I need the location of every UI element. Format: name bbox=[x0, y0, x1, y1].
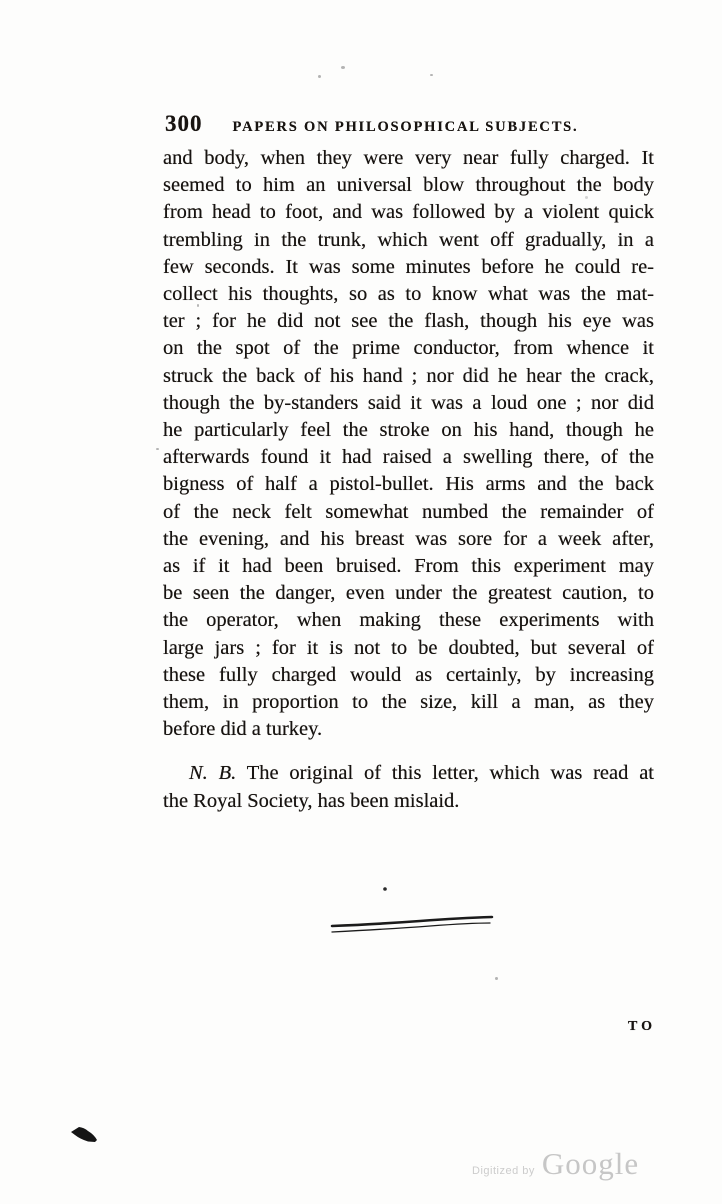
section-divider-rule bbox=[320, 882, 500, 938]
catchword: TO bbox=[628, 1019, 656, 1035]
text-line: before did a turkey. bbox=[163, 716, 654, 743]
text-line: N. B. The original of this letter, which… bbox=[163, 759, 654, 787]
running-title: PAPERS ON PHILOSOPHICAL SUBJECTS. bbox=[233, 119, 579, 136]
text-line: large jars ; for it is not to be doubted… bbox=[163, 635, 654, 662]
text-line: collect his thoughts, so as to know what… bbox=[163, 281, 654, 308]
text-line: of the neck felt somewhat numbed the rem… bbox=[163, 499, 654, 526]
scan-speck bbox=[495, 977, 498, 980]
text-line: ter ; for he did not see the flash, thou… bbox=[163, 308, 654, 335]
text-line: trembling in the trunk, which went off g… bbox=[163, 227, 654, 254]
text-line: be seen the danger, even under the great… bbox=[163, 580, 654, 607]
text-line: few seconds. It was some minutes before … bbox=[163, 254, 654, 281]
text-line: the Royal Society, has been mislaid. bbox=[163, 787, 654, 815]
text-line: these fully charged would as certainly, … bbox=[163, 662, 654, 689]
scan-speck bbox=[197, 304, 199, 307]
scan-speck bbox=[318, 75, 321, 78]
digitization-watermark: Digitized by Google bbox=[472, 1146, 639, 1182]
scan-speck bbox=[430, 74, 433, 76]
text-line: them, in proportion to the size, kill a … bbox=[163, 689, 654, 716]
nota-bene-paragraph: N. B. The original of this letter, which… bbox=[163, 759, 654, 815]
nb-abbreviation: N. B. bbox=[189, 762, 236, 784]
google-logo: Google bbox=[542, 1146, 639, 1182]
text-line: on the spot of the prime conductor, from… bbox=[163, 335, 654, 362]
text-line: struck the back of his hand ; nor did he… bbox=[163, 363, 654, 390]
text-line: the evening, and his breast was sore for… bbox=[163, 526, 654, 553]
text-line: bigness of half a pistol-bullet. His arm… bbox=[163, 471, 654, 498]
scan-speck bbox=[585, 196, 588, 199]
text-line: and body, when they were very near fully… bbox=[163, 145, 654, 172]
text-line: seemed to him an universal blow througho… bbox=[163, 172, 654, 199]
nb-line1-text: The original of this letter, which was r… bbox=[236, 762, 654, 784]
watermark-prefix: Digitized by bbox=[472, 1165, 535, 1177]
book-page-scan: 300 PAPERS ON PHILOSOPHICAL SUBJECTS. an… bbox=[0, 0, 722, 1204]
text-line: afterwards found it had raised a swellin… bbox=[163, 444, 654, 471]
text-line: as if it had been bruised. From this exp… bbox=[163, 553, 654, 580]
ink-blot bbox=[70, 1124, 100, 1148]
page-number: 300 bbox=[165, 111, 203, 137]
ink-dot bbox=[383, 887, 387, 891]
running-header: 300 PAPERS ON PHILOSOPHICAL SUBJECTS. bbox=[165, 111, 657, 137]
text-line: though the by-standers said it was a lou… bbox=[163, 390, 654, 417]
text-line: the operator, when making these experime… bbox=[163, 607, 654, 634]
text-line: he particularly feel the stroke on his h… bbox=[163, 417, 654, 444]
scan-speck bbox=[156, 448, 159, 450]
text-line: from head to foot, and was followed by a… bbox=[163, 199, 654, 226]
scan-speck bbox=[341, 66, 345, 69]
main-paragraph: and body, when they were very near fully… bbox=[163, 145, 654, 743]
